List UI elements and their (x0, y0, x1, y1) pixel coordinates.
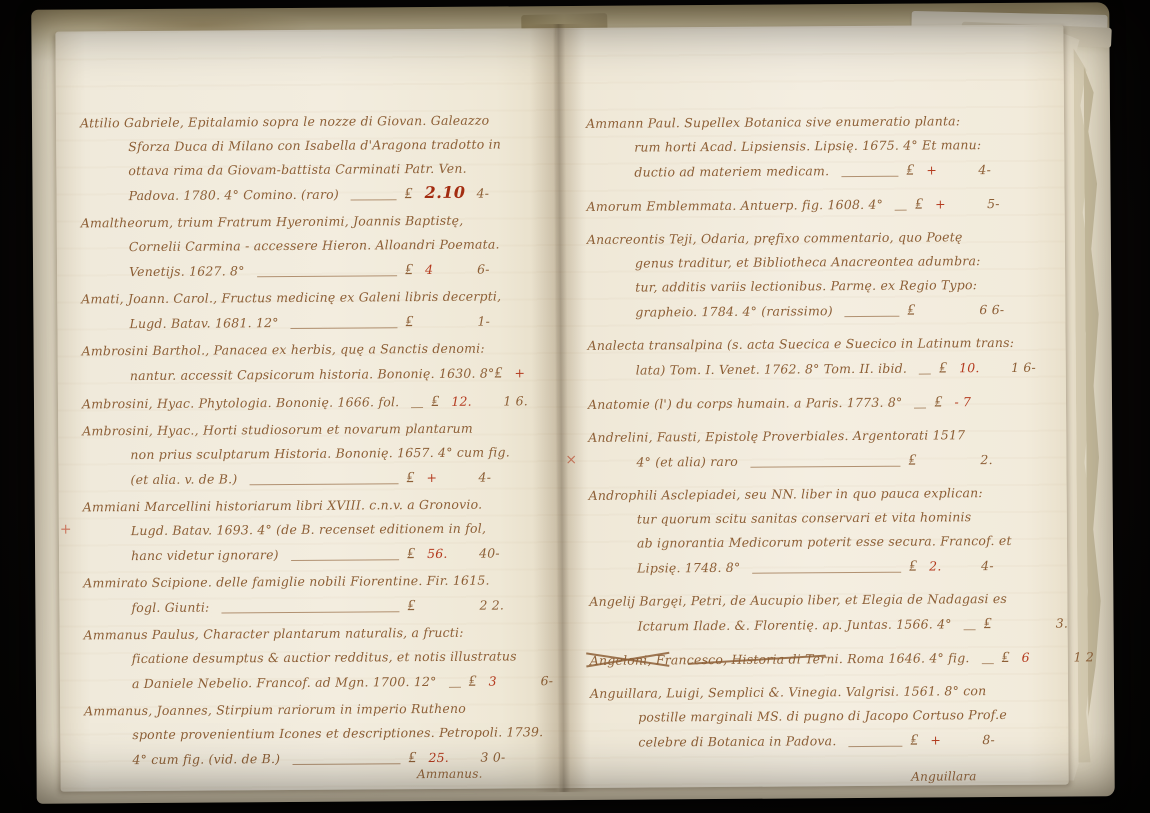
price-red-ink: 56. (424, 542, 475, 566)
entry-text: sponte provenientium Icones et descripti… (132, 720, 526, 747)
entry-text: ab ignorantia Medicorum poterit esse sec… (637, 529, 1027, 556)
catalog-entry: Ammanus, Joannes, Stirpium rariorum in i… (84, 696, 526, 772)
entry-line: celebre di Botanica in Padova.₤+8- (638, 727, 1028, 755)
entry-text: tur quorum scitu sanitas conservari et v… (637, 505, 1027, 532)
price-group: ₤6 6- (907, 297, 1025, 323)
catchword-left: Ammanus. (417, 767, 483, 781)
entry-line: lata) Tom. I. Venet. 1762. 8° Tom. II. i… (636, 355, 1026, 383)
price-group: ₤46- (405, 256, 523, 282)
ruled-dash-line (351, 181, 397, 200)
entry-text: Amorum Emblemmata. Antuerp. fig. 1608. 4… (587, 193, 884, 219)
entry-text: Sforza Duca di Milano con Isabella d'Ara… (128, 132, 522, 159)
lira-currency-mark: ₤ (405, 309, 422, 333)
entry-text: Anacreontis Teji, Odaria, pręfixo commen… (587, 225, 1025, 252)
ruled-dash-line (848, 728, 902, 747)
ruled-dash-line (964, 611, 976, 630)
ruled-dash-line (291, 309, 398, 329)
manuscript-book: Attilio Gabriele, Epitalamio sopra le no… (31, 2, 1115, 804)
lira-currency-mark: ₤ (406, 465, 423, 489)
lira-currency-mark: ₤ (431, 389, 448, 413)
entry-text: hanc videtur ignorare) (131, 543, 279, 568)
entry-text: Ambrosini Barthol., Panacea ex herbis, q… (82, 336, 524, 363)
ruled-dash-line (221, 593, 399, 613)
entry-line: Amati, Joann. Carol., Fructus medicinę e… (81, 284, 523, 311)
price-value: 2 2. (475, 593, 525, 617)
entry-line: Venetijs. 1627. 8°₤46- (129, 256, 523, 284)
entry-text: lata) Tom. I. Venet. 1762. 8° Tom. II. i… (636, 357, 907, 383)
price-value: 2. (976, 448, 1026, 472)
price-red-ink: + (423, 466, 474, 490)
price-group: ₤2 2. (407, 592, 525, 618)
entry-line: rum horti Acad. Lipsiensis. Lipsię. 1675… (634, 133, 1024, 160)
entry-text: grapheio. 1784. 4° (rarissimo) (635, 299, 833, 324)
catalog-entry: Analecta transalpina (s. acta Suecica e … (588, 331, 1026, 383)
entry-line: Amaltheorum, trium Fratrum Hyeronimi, Jo… (81, 208, 523, 235)
price-value: 6- (473, 257, 523, 281)
entry-text: a Daniele Nebelio. Francof. ad Mgn. 1700… (132, 670, 437, 696)
price-red-ink: 12. (448, 390, 499, 414)
entry-text: Padova. 1780. 4° Comino. (raro) (128, 183, 339, 208)
price-group: ₤2.104- (404, 180, 522, 206)
price-group: ₤10.1 6- (939, 355, 1057, 381)
entry-text: Attilio Gabriele, Epitalamio sopra le no… (80, 108, 522, 135)
ruled-dash-line (981, 645, 993, 664)
entry-line: genus traditur, et Bibliotheca Anacreont… (635, 249, 1025, 276)
entry-text: genus traditur, et Bibliotheca Anacreont… (635, 249, 1025, 276)
entry-text: Ammiani Marcellini historiarum libri XVI… (83, 492, 525, 519)
entry-text: Lugd. Batav. 1681. 12° (129, 311, 278, 336)
left-page-entries: Attilio Gabriele, Epitalamio sopra le no… (80, 108, 527, 775)
price-value: 1 6. (499, 389, 549, 413)
entry-line: Ambrosini Barthol., Panacea ex herbis, q… (82, 336, 524, 363)
entry-text: rum horti Acad. Lipsiensis. Lipsię. 1675… (634, 133, 1024, 160)
entry-text: Anguillara, Luigi, Semplici &. Vinegia. … (590, 679, 1028, 706)
entry-text: 4° cum fig. (vid. de B.) (132, 747, 280, 772)
entry-line: a Daniele Nebelio. Francof. ad Mgn. 1700… (132, 668, 526, 696)
price-group: ₤+4- (906, 157, 1024, 183)
price-group: ₤+5- (915, 191, 1033, 217)
catalog-entry: Ambrosini, Hyac., Horti studiosorum et n… (82, 416, 524, 492)
price-group: ₤- 7 (934, 389, 1052, 415)
entry-line: Cornelii Carmina - accessere Hieron. All… (129, 232, 523, 259)
lira-currency-mark: ₤ (469, 669, 486, 693)
entry-text: postille marginali MS. di pugno di Jacop… (638, 703, 1028, 730)
entry-line: nantur. accessit Capsicorum historia. Bo… (130, 360, 524, 388)
price-red-ink: + (923, 158, 974, 182)
price-red-ink: + (927, 728, 978, 752)
entry-line: Ammanus, Joannes, Stirpium rariorum in i… (84, 696, 526, 723)
right-page: Ammann Paul. Supellex Botanica sive enum… (555, 25, 1068, 789)
ruled-dash-line (292, 745, 400, 765)
entry-line: sponte provenientium Icones et descripti… (132, 720, 526, 747)
catalog-entry: Angelij Bargęi, Petri, de Aucupio liber,… (589, 587, 1027, 639)
ruled-dash-line (845, 298, 900, 317)
price-group: ₤+4- (406, 464, 524, 490)
lira-currency-mark: ₤ (908, 448, 925, 472)
price-red-ink: 3 (486, 669, 537, 693)
price-value: 6 6- (975, 298, 1025, 322)
entry-text: ficatione desumptus & auctior redditus, … (132, 644, 526, 671)
entry-line: ab ignorantia Medicorum poterit esse sec… (637, 529, 1027, 556)
catalog-entry: Ambrosini Barthol., Panacea ex herbis, q… (82, 336, 524, 388)
entry-line: Angelij Bargęi, Petri, de Aucupio liber,… (589, 587, 1027, 614)
catalog-entry: Ammann Paul. Supellex Botanica sive enum… (586, 109, 1024, 185)
entry-line: Lipsię. 1748. 8°₤2.4- (637, 553, 1027, 581)
catalog-entry: Anguillara, Luigi, Semplici &. Vinegia. … (590, 679, 1028, 755)
price-red-ink: 6 (1018, 646, 1069, 670)
entry-line: Ammiani Marcellini historiarum libri XVI… (83, 492, 525, 519)
catalog-entry: Ambrosini, Hyac. Phytologia. Bononię. 16… (82, 388, 524, 416)
ruled-dash-line (914, 390, 926, 409)
entry-line: Ictarum Ilade. &. Florentię. ap. Juntas.… (637, 611, 1027, 639)
ruled-dash-line (895, 192, 907, 211)
ruled-dash-line (449, 669, 461, 688)
entry-line: ficatione desumptus & auctior redditus, … (132, 644, 526, 671)
entry-text: ottava rima da Giovam-battista Carminati… (128, 156, 522, 183)
entry-line: Sforza Duca di Milano con Isabella d'Ara… (128, 132, 522, 159)
entry-text: Ammirato Scipione. delle famiglie nobili… (83, 568, 525, 595)
entry-line: Ammanus Paulus, Character plantarum natu… (84, 620, 526, 647)
lira-currency-mark: ₤ (915, 191, 932, 215)
entry-text: Ambrosini, Hyac., Horti studiosorum et n… (82, 416, 524, 443)
lira-currency-mark: ₤ (907, 298, 924, 322)
price-group: ₤12.1 6. (431, 388, 549, 414)
lira-currency-mark: ₤ (494, 360, 511, 384)
lira-currency-mark: ₤ (408, 745, 425, 769)
entry-text: tur, additis variis lectionibus. Parmę. … (635, 273, 1025, 300)
catalog-entry: Amaltheorum, trium Fratrum Hyeronimi, Jo… (81, 208, 523, 284)
left-page: Attilio Gabriele, Epitalamio sopra le no… (55, 28, 560, 791)
entry-text: Ictarum Ilade. &. Florentię. ap. Juntas.… (637, 612, 951, 638)
entry-text: Ammanus, Joannes, Stirpium rariorum in i… (84, 696, 526, 723)
entry-text: Anatomie (l') du corps humain. a Paris. … (588, 391, 903, 417)
ruled-dash-line (411, 389, 423, 408)
price-group: ₤2. (908, 447, 1026, 473)
entry-line: fogl. Giunti:₤2 2. (131, 592, 525, 620)
entry-line: 4° (et alia) raro₤2. (636, 447, 1026, 475)
entry-line: postille marginali MS. di pugno di Jacop… (638, 703, 1028, 730)
catchword-right: Anguillara (911, 769, 976, 783)
lira-currency-mark: ₤ (939, 355, 956, 379)
catalog-entry: Anatomie (l') du corps humain. a Paris. … (588, 389, 1026, 417)
price-group: ₤+8- (910, 727, 1028, 753)
catalog-entry: +Ammiani Marcellini historiarum libri XV… (83, 492, 525, 568)
entry-line: Attilio Gabriele, Epitalamio sopra le no… (80, 108, 522, 135)
entry-text: Lugd. Batav. 1693. 4° (de B. recenset ed… (131, 516, 525, 543)
ruled-dash-line (750, 448, 901, 468)
entry-line: Anguillara, Luigi, Semplici &. Vinegia. … (590, 679, 1028, 706)
entry-text: (et alia. v. de B.) (130, 467, 237, 492)
photo-background: Attilio Gabriele, Epitalamio sopra le no… (0, 0, 1150, 813)
entry-line: Lugd. Batav. 1693. 4° (de B. recenset ed… (131, 516, 525, 543)
entry-text: Angelij Bargęi, Petri, de Aucupio liber,… (589, 587, 1027, 614)
entry-line: Andrelini, Fausti, Epistolę Proverbiales… (588, 423, 1026, 450)
entry-line: Angeloni, Francesco, Historia di Terni. … (590, 645, 1028, 673)
entry-text: Venetijs. 1627. 8° (129, 259, 245, 284)
price-red-ink: 4 (422, 258, 473, 282)
price-value: 4- (472, 181, 522, 205)
entry-line: ductio ad materiem medicam.₤+4- (634, 157, 1024, 185)
catalog-entry: Amati, Joann. Carol., Fructus medicinę e… (81, 284, 523, 336)
entry-text: Androphili Asclepiadei, seu NN. liber in… (589, 481, 1027, 508)
entry-line: tur, additis variis lectionibus. Parmę. … (635, 273, 1025, 300)
price-value: 4- (974, 158, 1024, 182)
entry-text: celebre di Botanica in Padova. (638, 729, 836, 754)
price-value: 4- (474, 465, 524, 489)
price-group: ₤1- (405, 308, 523, 334)
lira-currency-mark: ₤ (934, 389, 951, 413)
lira-currency-mark: ₤ (910, 728, 927, 752)
catalog-entry: Attilio Gabriele, Epitalamio sopra le no… (80, 108, 523, 208)
entry-text: 4° (et alia) raro (636, 450, 738, 475)
entry-text: fogl. Giunti: (131, 596, 209, 621)
price-red-ink: + (932, 192, 983, 216)
entry-line: Padova. 1780. 4° Comino. (raro)₤2.104- (128, 180, 522, 208)
entry-text: nantur. accessit Capsicorum historia. Bo… (130, 362, 495, 389)
entry-text: Analecta transalpina (s. acta Suecica e … (588, 331, 1026, 358)
entry-line: Anatomie (l') du corps humain. a Paris. … (588, 389, 1026, 417)
entry-text: Ammanus Paulus, Character plantarum natu… (84, 620, 526, 647)
catalog-entry: Ammirato Scipione. delle famiglie nobili… (83, 568, 525, 620)
entry-line: ottava rima da Giovam-battista Carminati… (128, 156, 522, 183)
price-value: 1- (473, 309, 523, 333)
entry-line: Ammann Paul. Supellex Botanica sive enum… (586, 109, 1024, 136)
ruled-dash-line (919, 355, 931, 374)
price-red-ink: - 7 (951, 390, 1002, 414)
price-red-ink: 10. (956, 356, 1007, 380)
entry-line: Analecta transalpina (s. acta Suecica e … (588, 331, 1026, 358)
red-margin-annotation-mark: × (565, 452, 577, 468)
ruled-dash-line (752, 554, 901, 574)
entry-line: Ammirato Scipione. delle famiglie nobili… (83, 568, 525, 595)
entry-text: Amaltheorum, trium Fratrum Hyeronimi, Jo… (81, 208, 523, 235)
lira-currency-mark: ₤ (906, 158, 923, 182)
price-value: 3. (1052, 611, 1102, 635)
lira-currency-mark: ₤ (404, 181, 421, 205)
entry-line: (et alia. v. de B.)₤+4- (130, 464, 524, 492)
right-page-entries: Ammann Paul. Supellex Botanica sive enum… (586, 109, 1029, 764)
price-value: 1 6- (1007, 356, 1057, 380)
lira-currency-mark: ₤ (984, 611, 1001, 635)
lira-currency-mark: ₤ (407, 541, 424, 565)
lira-currency-mark: ₤ (407, 593, 424, 617)
lira-currency-mark: ₤ (909, 554, 926, 578)
entry-text: Angeloni, Francesco, Historia di Terni. … (590, 646, 970, 673)
catalog-entry: Anacreontis Teji, Odaria, pręfixo commen… (587, 225, 1026, 325)
entry-line: Ambrosini, Hyac., Horti studiosorum et n… (82, 416, 524, 443)
lira-currency-mark: ₤ (405, 257, 422, 281)
lira-currency-mark: ₤ (1001, 645, 1018, 669)
entry-text: Ambrosini, Hyac. Phytologia. Bononię. 16… (82, 390, 399, 416)
ruled-dash-line (841, 158, 898, 177)
price-group: ₤2.4- (909, 553, 1027, 579)
entry-text: Andrelini, Fausti, Epistolę Proverbiales… (588, 423, 1026, 450)
entry-line: Anacreontis Teji, Odaria, pręfixo commen… (587, 225, 1025, 252)
entry-text: Ammann Paul. Supellex Botanica sive enum… (586, 109, 1024, 136)
entry-line: non prius sculptarum Historia. Bononię. … (130, 440, 524, 467)
price-red-ink: 2. (926, 554, 977, 578)
entry-line: Ambrosini, Hyac. Phytologia. Bononię. 16… (82, 388, 524, 416)
catalog-entry: Ammanus Paulus, Character plantarum natu… (84, 620, 526, 696)
entry-line: grapheio. 1784. 4° (rarissimo)₤6 6- (635, 297, 1025, 325)
red-margin-annotation-mark: + (60, 522, 72, 538)
price-group: ₤61 2 (1001, 644, 1119, 670)
price-value: 4- (977, 554, 1027, 578)
ruled-dash-line (257, 257, 398, 277)
entry-line: Androphili Asclepiadei, seu NN. liber in… (589, 481, 1027, 508)
entry-text: Lipsię. 1748. 8° (637, 556, 740, 581)
price-red-ink: + (511, 361, 562, 385)
entry-text: non prius sculptarum Historia. Bononię. … (130, 440, 524, 467)
price-red-ink: 2.10 (421, 181, 472, 205)
entry-line: Lugd. Batav. 1681. 12°₤1- (129, 308, 523, 336)
price-value: 5- (983, 192, 1033, 216)
entry-text: ductio ad materiem medicam. (634, 159, 829, 184)
price-group: ₤3. (984, 610, 1102, 636)
price-value: 1 2 (1069, 645, 1119, 669)
price-value: 8- (978, 728, 1028, 752)
catalog-entry: Androphili Asclepiadei, seu NN. liber in… (589, 481, 1028, 581)
price-value: 40- (475, 541, 525, 565)
catalog-entry: Amorum Emblemmata. Antuerp. fig. 1608. 4… (587, 191, 1025, 219)
entry-text: Amati, Joann. Carol., Fructus medicinę e… (81, 284, 523, 311)
entry-line: hanc videtur ignorare)₤56.40- (131, 540, 525, 568)
entry-text: Cornelii Carmina - accessere Hieron. All… (129, 232, 523, 259)
entry-line: tur quorum scitu sanitas conservari et v… (637, 505, 1027, 532)
price-group: ₤56.40- (407, 540, 525, 566)
ruled-dash-line (291, 541, 399, 561)
price-value: 3 0- (476, 745, 526, 769)
catalog-entry: ×Andrelini, Fausti, Epistolę Proverbiale… (588, 423, 1026, 475)
catalog-entry: Angeloni, Francesco, Historia di Terni. … (590, 645, 1028, 673)
entry-line: Amorum Emblemmata. Antuerp. fig. 1608. 4… (587, 191, 1025, 219)
ruled-dash-line (249, 465, 398, 485)
